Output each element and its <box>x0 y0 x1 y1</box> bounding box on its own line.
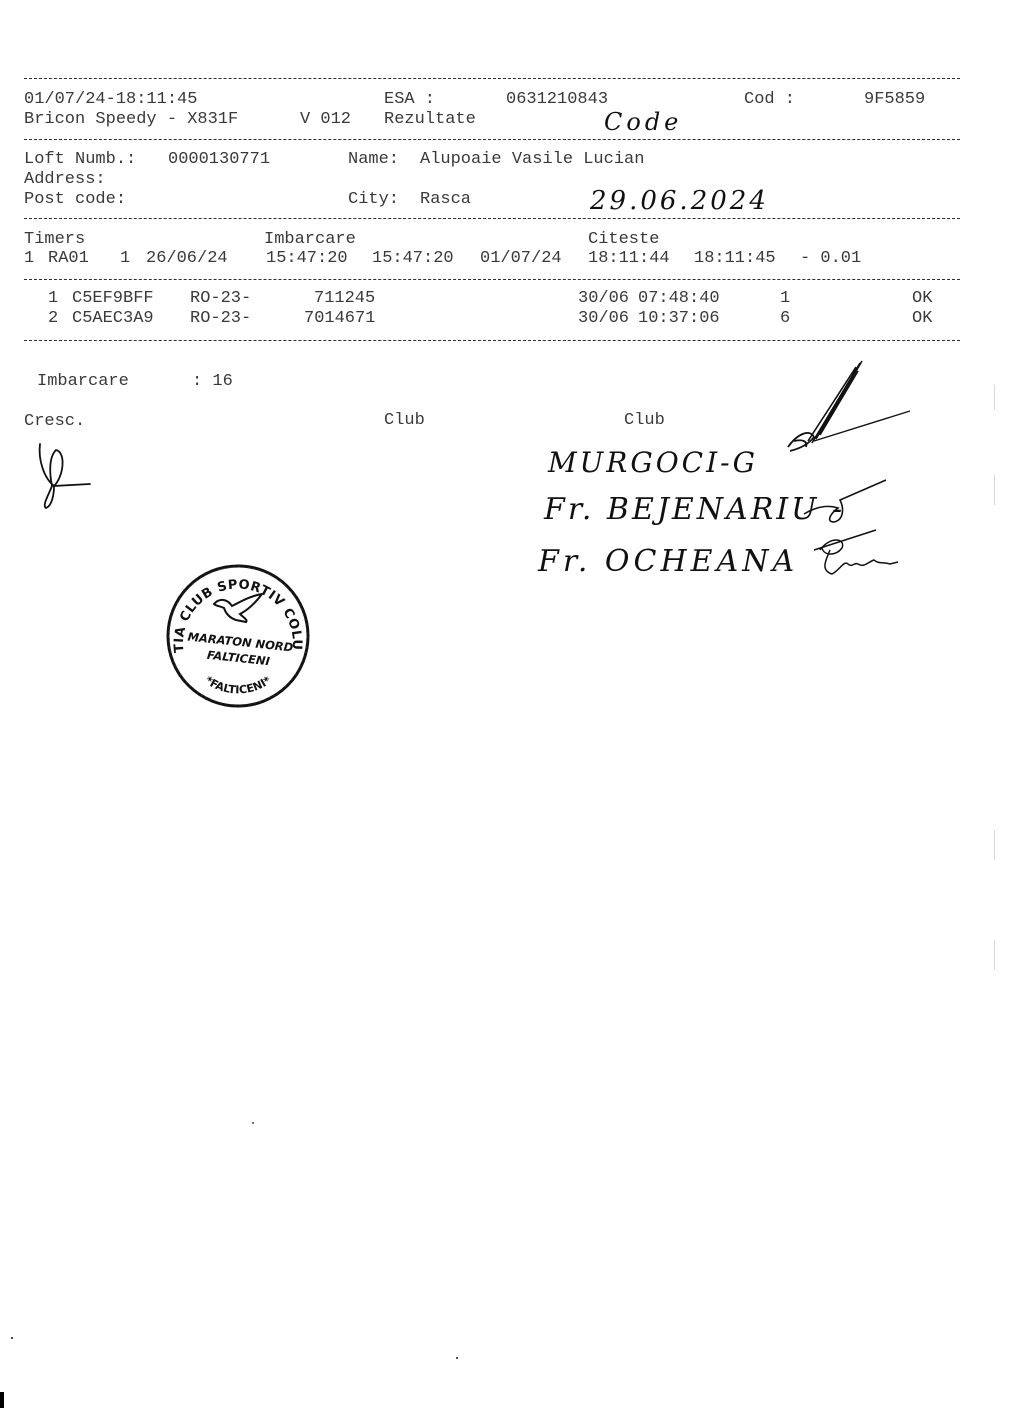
basket-time-2: 15:47:20 <box>372 249 454 269</box>
name-label: Name: <box>348 150 399 170</box>
position: 1 <box>780 289 790 309</box>
divider <box>24 279 960 280</box>
ring-prefix: RO-23- <box>190 289 251 309</box>
address-label: Address: <box>24 170 106 190</box>
club-signature-label: Club <box>384 411 425 431</box>
race-result-sheet: 01/07/24-18:11:45 ESA : 0631210843 Cod :… <box>0 0 1024 1408</box>
basket-date: 26/06/24 <box>146 249 228 269</box>
member-signature-icon <box>800 520 900 580</box>
position: 6 <box>780 309 790 329</box>
fancier-signature-icon <box>30 440 100 515</box>
club-stamp-icon: ASOCIATIA CLUB SPORTIV COLUMBOFIL *FALTI… <box>162 562 312 710</box>
handwritten-member-name: Fr. OCHEANA <box>538 544 798 579</box>
result-index: 1 <box>48 289 58 309</box>
status: OK <box>912 289 932 309</box>
clock-deviation: - 0.01 <box>800 249 861 269</box>
reading-header: Citeste <box>588 230 659 250</box>
handwritten-member-name: MURGOCI-G <box>548 446 758 479</box>
read-time-1: 18:11:44 <box>588 249 670 269</box>
read-date: 01/07/24 <box>480 249 562 269</box>
ring-prefix: RO-23- <box>190 309 251 329</box>
esa-value: 0631210843 <box>506 90 608 110</box>
print-datetime: 01/07/24-18:11:45 <box>24 90 197 110</box>
scan-mark <box>994 475 995 505</box>
postcode-label: Post code: <box>24 190 126 210</box>
city-value: Rasca <box>420 190 471 210</box>
timer-index: 1 <box>24 249 34 269</box>
divider <box>24 139 960 140</box>
club-signature-label: Club <box>624 411 665 431</box>
firmware-version: V 012 <box>300 110 351 130</box>
arrival-date: 30/06 <box>578 309 629 329</box>
loft-number: 0000130771 <box>168 150 270 170</box>
basketed-label: Imbarcare <box>37 372 129 392</box>
scan-edge-mark <box>0 1392 4 1408</box>
ring-number: 711245 <box>314 289 375 309</box>
ring-number: 7014671 <box>304 309 375 329</box>
device-name: Bricon Speedy - X831F <box>24 110 238 130</box>
arrival-date: 30/06 <box>578 289 629 309</box>
scan-dust <box>456 1357 458 1359</box>
arrival-time: 10:37:06 <box>638 309 720 329</box>
divider <box>24 78 960 79</box>
divider <box>24 218 960 219</box>
fancier-signature-label: Cresc. <box>24 412 85 432</box>
scan-dust <box>11 1337 13 1339</box>
basket-time-1: 15:47:20 <box>266 249 348 269</box>
scan-mark <box>994 385 995 410</box>
handwritten-date: 29.06.2024 <box>590 186 769 216</box>
timers-header: Timers <box>24 230 85 250</box>
scan-mark <box>994 830 995 860</box>
fancier-name: Alupoaie Vasile Lucian <box>420 150 644 170</box>
esa-label: ESA : <box>384 90 435 110</box>
handwritten-code: Code <box>604 108 682 136</box>
divider <box>24 340 960 341</box>
chip-id: C5EF9BFF <box>72 289 154 309</box>
read-time-2: 18:11:45 <box>694 249 776 269</box>
scan-mark <box>994 940 995 970</box>
loft-label: Loft Numb.: <box>24 150 136 170</box>
basketed-count: : 16 <box>192 372 233 392</box>
report-type: Rezultate <box>384 110 476 130</box>
basketing-header: Imbarcare <box>264 230 356 250</box>
result-index: 2 <box>48 309 58 329</box>
club-president-signature-icon <box>770 355 920 465</box>
scan-dust <box>252 1122 254 1124</box>
timer-id: RA01 <box>48 249 89 269</box>
timer-count: 1 <box>120 249 130 269</box>
city-label: City: <box>348 190 399 210</box>
cod-label: Cod : <box>744 90 795 110</box>
svg-text:*FALTICENI*: *FALTICENI* <box>203 674 274 697</box>
arrival-time: 07:48:40 <box>638 289 720 309</box>
cod-value: 9F5859 <box>864 90 925 110</box>
chip-id: C5AEC3A9 <box>72 309 154 329</box>
status: OK <box>912 309 932 329</box>
